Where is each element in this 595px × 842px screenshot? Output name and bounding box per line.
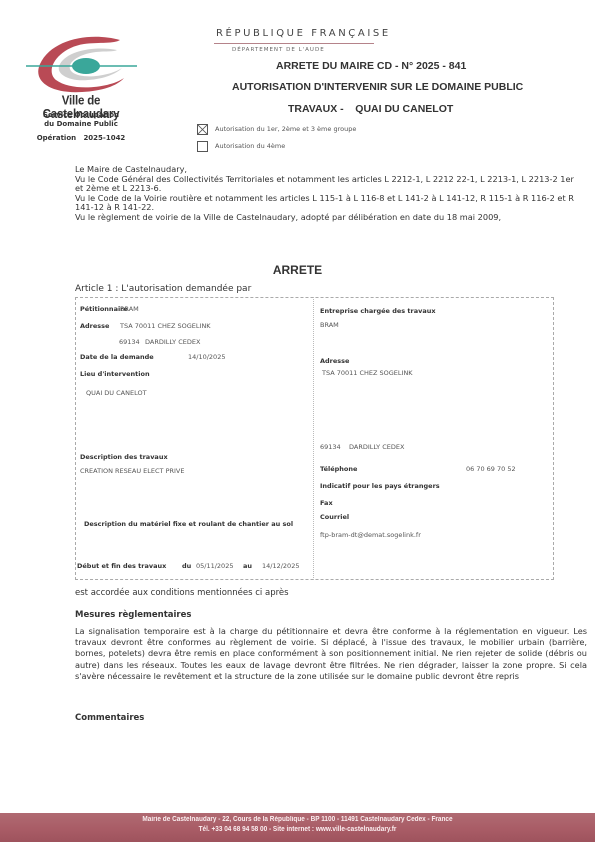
checkbox-label-groupe-4: Autorisation du 4ème bbox=[215, 142, 285, 150]
operation-number: Opération 2025-1042 bbox=[22, 134, 140, 142]
checkbox-groupe-1-3[interactable] bbox=[197, 124, 208, 135]
description-travaux-label: Description des travaux bbox=[80, 453, 168, 461]
entreprise-label: Entreprise chargée des travaux bbox=[320, 307, 436, 315]
telephone-value: 06 70 69 70 52 bbox=[466, 465, 516, 473]
operation-label: Opération bbox=[37, 134, 76, 142]
accordee-text: est accordée aux conditions mentionnées … bbox=[75, 588, 289, 598]
petitionnaire-value: BRAM bbox=[120, 305, 139, 313]
mesures-heading: Mesures règlementaires bbox=[75, 610, 191, 620]
footer-line-1: Mairie de Castelnaudary - 22, Cours de l… bbox=[24, 815, 571, 825]
adresse-label: Adresse bbox=[80, 322, 109, 330]
castelnaudary-logo-icon bbox=[22, 34, 142, 96]
checkbox-groupe-4[interactable] bbox=[197, 141, 208, 152]
courriel-label: Courriel bbox=[320, 513, 349, 521]
service-line-2: du Domaine Public bbox=[22, 120, 140, 129]
lieu-intervention-value: QUAI DU CANELOT bbox=[86, 389, 147, 397]
check-x-icon bbox=[198, 125, 207, 134]
date-start: 05/11/2025 bbox=[196, 562, 233, 570]
operation-value: 2025-1042 bbox=[83, 134, 125, 142]
dates-du: du bbox=[182, 562, 191, 570]
republique-francaise: RÉPUBLIQUE FRANÇAISE bbox=[216, 28, 391, 39]
autorisation-title: AUTORISATION D'INTERVENIR SUR LE DOMAINE… bbox=[232, 81, 523, 93]
dates-au: au bbox=[243, 562, 252, 570]
entreprise-postcode: 69134 bbox=[320, 443, 341, 451]
entreprise-city: DARDILLY CEDEX bbox=[349, 443, 404, 451]
telephone-label: Téléphone bbox=[320, 465, 357, 473]
courriel-value: ftp-bram-dt@demat.sogelink.fr bbox=[320, 531, 421, 539]
travaux-title: TRAVAUX - QUAI DU CANELOT bbox=[288, 103, 453, 115]
arrete-number-title: ARRETE DU MAIRE CD - N° 2025 - 841 bbox=[276, 60, 466, 72]
service-line-1: Service Occupation bbox=[22, 111, 140, 120]
date-end: 14/12/2025 bbox=[262, 562, 299, 570]
date-demande-value: 14/10/2025 bbox=[188, 353, 225, 361]
lieu-intervention-label: Lieu d'intervention bbox=[80, 370, 150, 378]
description-travaux-value: CREATION RESEAU ELECT PRIVE bbox=[80, 467, 184, 475]
service-name: Service Occupation du Domaine Public bbox=[22, 111, 140, 129]
entreprise-adresse-label: Adresse bbox=[320, 357, 349, 365]
departement: DÉPARTEMENT DE L'AUDE bbox=[232, 47, 325, 53]
commentaires-heading: Commentaires bbox=[75, 713, 144, 723]
entreprise-adresse-line-1: TSA 70011 CHEZ SOGELINK bbox=[322, 369, 413, 377]
footer-address: Mairie de Castelnaudary - 22, Cours de l… bbox=[24, 815, 571, 835]
mesures-text: La signalisation temporaire est à la cha… bbox=[75, 626, 587, 682]
fax-label: Fax bbox=[320, 499, 333, 507]
dates-label: Début et fin des travaux bbox=[77, 562, 166, 570]
preamble-line: Vu le Code Général des Collectivités Ter… bbox=[75, 175, 575, 194]
adresse-city: DARDILLY CEDEX bbox=[145, 338, 200, 346]
adresse-line-1: TSA 70011 CHEZ SOGELINK bbox=[120, 322, 211, 330]
header-rule bbox=[214, 43, 374, 44]
preamble-line: Vu le règlement de voirie de la Ville de… bbox=[75, 213, 575, 223]
arrete-heading: ARRETE bbox=[0, 263, 595, 277]
materiel-label: Description du matériel fixe et roulant … bbox=[84, 520, 293, 528]
entreprise-value: BRAM bbox=[320, 321, 339, 329]
indicatif-label: Indicatif pour les pays étrangers bbox=[320, 482, 440, 490]
footer-line-2: Tél. +33 04 68 94 58 00 - Site internet … bbox=[24, 825, 571, 835]
article-1: Article 1 : L'autorisation demandée par bbox=[75, 284, 251, 294]
adresse-postcode: 69134 bbox=[119, 338, 140, 346]
checkbox-label-groupe-1-3: Autorisation du 1er, 2ème et 3 ème group… bbox=[215, 125, 356, 133]
preamble: Le Maire de Castelnaudary, Vu le Code Gé… bbox=[75, 165, 575, 223]
city-logo bbox=[22, 34, 142, 96]
box-divider bbox=[313, 297, 314, 580]
preamble-line: Vu le Code de la Voirie routière et nota… bbox=[75, 194, 575, 213]
date-demande-label: Date de la demande bbox=[80, 353, 154, 361]
